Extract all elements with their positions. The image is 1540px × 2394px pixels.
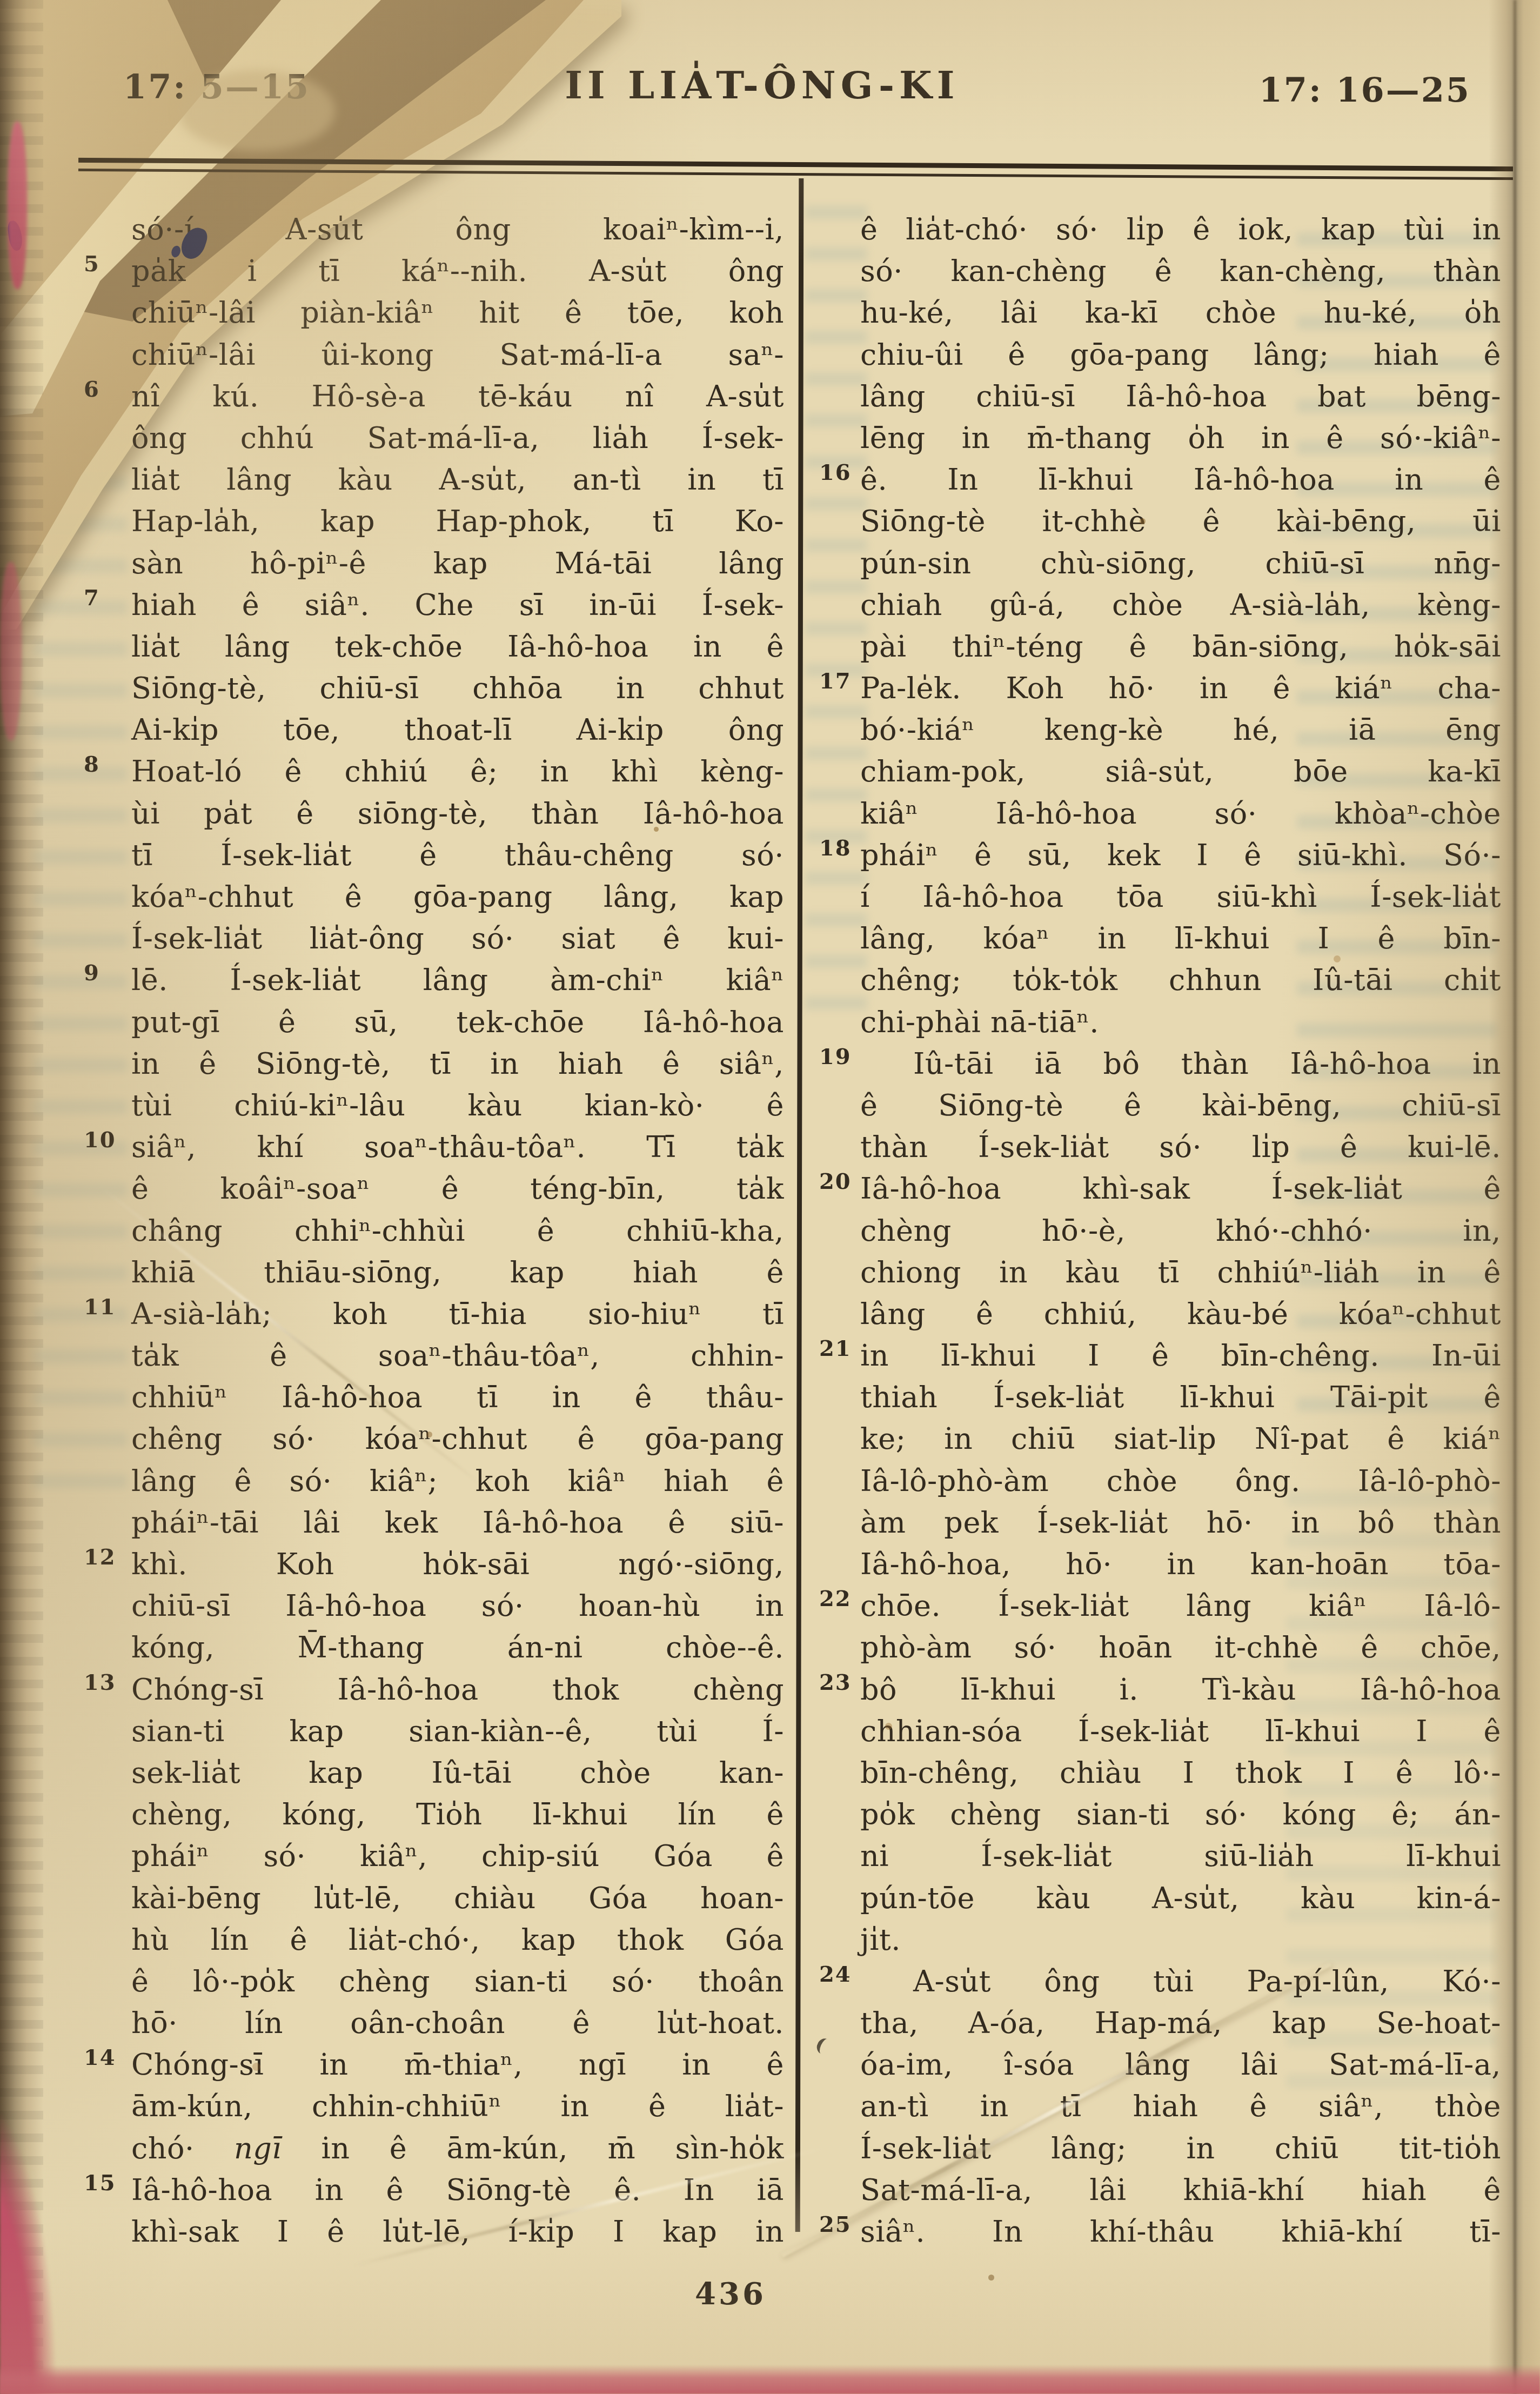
verse-line: phò-àm só· hoān it-chhè ê chōe, bbox=[860, 1627, 1501, 1668]
verse-text: siâⁿ. In khí-thâu khiā-khí tī- bbox=[860, 2215, 1501, 2249]
verse-text: put-gī ê sū, tek-chōe Iâ-hô-hoa bbox=[131, 1005, 784, 1039]
verse-line: tī Í-sek-lia̍t ê thâu-chêng só· bbox=[131, 834, 784, 876]
verse-text: A-su̍t ông tùi Pa-pí-lûn, Kó·- bbox=[913, 1964, 1501, 1998]
verse-text: chhian-sóa Í-sek-lia̍t lī-khui I ê bbox=[860, 1714, 1501, 1748]
verse-line: 21in lī-khui I ê bīn-chêng. In-ūi bbox=[860, 1335, 1501, 1376]
verse-number: 13 bbox=[84, 1672, 127, 1694]
verse-line: ê Siōng-tè ê kài-bēng, chiū-sī bbox=[860, 1085, 1501, 1126]
verse-line: 13Chóng-sī Iâ-hô-hoa thok chèng bbox=[131, 1669, 784, 1710]
verse-line: chhiūⁿ Iâ-hô-hoa tī in ê thâu- bbox=[131, 1376, 784, 1418]
stray-ink-mark bbox=[814, 2036, 834, 2057]
verse-text: Pa-le̍k. Koh hō· in ê kiáⁿ cha- bbox=[860, 671, 1501, 705]
verse-line: in ê Siōng-tè, tī in hiah ê siâⁿ, bbox=[131, 1043, 784, 1085]
verse-text: Iâ-hô-hoa in ê Siōng-tè ê. In iā bbox=[131, 2173, 784, 2207]
verse-text: Chóng-sī Iâ-hô-hoa thok chèng bbox=[131, 1673, 784, 1707]
verse-text: ùi pa̍t ê siōng-tè, thàn Iâ-hô-hoa bbox=[131, 797, 784, 831]
verse-line: Siōng-tè, chiū-sī chhōa in chhut bbox=[131, 667, 784, 709]
verse-number: 25 bbox=[819, 2214, 862, 2236]
verse-line: chiam-pok, siâ-su̍t, bōe ka-kī bbox=[860, 751, 1501, 792]
verse-line: lia̍t lâng kàu A-su̍t, an-tì in tī bbox=[131, 459, 784, 500]
verse-text: ngī bbox=[234, 2131, 282, 2165]
verse-text: kài-bēng lu̍t-lē, chiàu Góa hoan- bbox=[131, 1881, 784, 1915]
verse-text: chiūⁿ-lâi piàn-kiâⁿ hit ê tōe, koh bbox=[131, 296, 784, 330]
scanned-book-page: 17: 5—15 II LIA̍T-ÔNG-KI 17: 16—25 só·-í… bbox=[0, 0, 1540, 2394]
verse-text: kóaⁿ-chhut ê gōa-pang lâng, kap bbox=[131, 880, 784, 914]
verse-line: pún-sin chù-siōng, chiū-sī nn̄g- bbox=[860, 543, 1501, 584]
verse-text: Iâ-lô-phò-àm chòe ông. Iâ-lô-phò- bbox=[860, 1464, 1501, 1498]
verse-line: ê lô·-po̍k chèng sian-ti só· thoân bbox=[131, 1961, 784, 2002]
verse-line: khì-sak I ê lu̍t-lē, í-ki̍p I kap in bbox=[131, 2211, 784, 2252]
verse-line: ni Í-sek-lia̍t siū-lia̍h lī-khui bbox=[860, 1835, 1501, 1877]
verse-line: chiah gû-á, chòe A-sià-la̍h, kèng- bbox=[860, 584, 1501, 626]
verse-text: hu-ké, lâi ka-kī chòe hu-ké, o̍h bbox=[860, 296, 1501, 330]
verse-line: kóng, M̄-thang án-ni chòe--ê. bbox=[131, 1627, 784, 1668]
verse-text: nî kú. Hô-sè-a tē-káu nî A-su̍t bbox=[131, 379, 784, 413]
verse-text: óa-im, î-sóa lâng lâi Sat-má-lī-a, bbox=[860, 2048, 1501, 2082]
verse-text: chiong in kàu tī chhiúⁿ-lia̍h in ê bbox=[860, 1255, 1501, 1289]
verse-line: í Iâ-hô-hoa tōa siū-khì Í-sek-lia̍t bbox=[860, 876, 1501, 918]
verse-text: só· kan-chèng ê kan-chèng, thàn bbox=[860, 254, 1501, 288]
verse-text: khì-sak I ê lu̍t-lē, í-ki̍p I kap in bbox=[131, 2215, 784, 2249]
verse-line: chiong in kàu tī chhiúⁿ-lia̍h in ê bbox=[860, 1252, 1501, 1293]
verse-text: sian-ti kap sian-kiàn--ê, tùi Í- bbox=[131, 1714, 784, 1748]
verse-line: 15Iâ-hô-hoa in ê Siōng-tè ê. In iā bbox=[131, 2169, 784, 2211]
verse-line: só· kan-chèng ê kan-chèng, thàn bbox=[860, 250, 1501, 292]
verse-number: 11 bbox=[84, 1296, 127, 1318]
verse-text: ê lia̍t-chó· só· li̍p ê iok, kap tùi in bbox=[860, 212, 1501, 246]
verse-line: chiu-ûi ê gōa-pang lâng; hiah ê bbox=[860, 334, 1501, 376]
verse-line: po̍k chèng sian-ti só· kóng ê; án- bbox=[860, 1794, 1501, 1835]
verse-line: chó· ngī in ê ām-kún, m̄ sìn-ho̍k bbox=[131, 2128, 784, 2169]
verse-text: pháiⁿ só· kiâⁿ, chip-siú Góa ê bbox=[131, 1839, 784, 1873]
pink-page-edge bbox=[0, 2365, 1540, 2394]
page-number: 436 bbox=[695, 2276, 766, 2312]
verse-text: Hoat-ló ê chhiú ê; in khì kèng- bbox=[131, 754, 784, 788]
verse-line: ê lia̍t-chó· só· li̍p ê iok, kap tùi in bbox=[860, 209, 1501, 250]
verse-text: pháiⁿ ê sū, kek I ê siū-khì. Só·- bbox=[860, 838, 1501, 872]
verse-line: pháiⁿ só· kiâⁿ, chip-siú Góa ê bbox=[131, 1835, 784, 1877]
verse-text: châng chhiⁿ-chhùi ê chhiū-kha, bbox=[131, 1214, 784, 1248]
verse-text: chêng só· kóaⁿ-chhut ê gōa-pang bbox=[131, 1422, 784, 1456]
verse-line: chêng só· kóaⁿ-chhut ê gōa-pang bbox=[131, 1418, 784, 1460]
book-binding-edge bbox=[0, 0, 43, 2394]
verse-text: chhiūⁿ Iâ-hô-hoa tī in ê thâu- bbox=[131, 1380, 784, 1414]
verse-line: pháiⁿ-tāi lâi kek Iâ-hô-hoa ê siū- bbox=[131, 1502, 784, 1543]
verse-text: ke; in chiū siat-li̍p Nî-pat ê kiáⁿ bbox=[860, 1422, 1501, 1456]
verse-text: àm pek Í-sek-lia̍t hō· in bô thàn bbox=[860, 1506, 1501, 1540]
verse-text: khiā thiāu-siōng, kap hiah ê bbox=[131, 1255, 784, 1289]
verse-text: chi-phài nā-tiāⁿ. bbox=[860, 1005, 1099, 1039]
verse-line: 19Iû-tāi iā bô thàn Iâ-hô-hoa in bbox=[860, 1043, 1501, 1085]
ink-mark-left-edge bbox=[6, 220, 24, 252]
verse-line: chèng hō·-è, khó·-chhó· in, bbox=[860, 1210, 1501, 1252]
verse-text: chèng hō·-è, khó·-chhó· in, bbox=[860, 1214, 1501, 1248]
verse-text: bô lī-khui i. Tì-kàu Iâ-hô-hoa bbox=[860, 1673, 1501, 1707]
verse-text: tī Í-sek-lia̍t ê thâu-chêng só· bbox=[131, 838, 784, 872]
verse-text: kóng, M̄-thang án-ni chòe--ê. bbox=[131, 1630, 784, 1664]
verse-text: chèng, kóng, Tio̍h lī-khui lín ê bbox=[131, 1797, 784, 1831]
verse-line: Hap-la̍h, kap Hap-phok, tī Ko- bbox=[131, 500, 784, 542]
verse-line: sàn hô-piⁿ-ê kap Má-tāi lâng bbox=[131, 543, 784, 584]
header-verse-range-left: 17: 5—15 bbox=[123, 67, 310, 106]
verse-text: chiū-sī Iâ-hô-hoa só· hoan-hù in bbox=[131, 1589, 784, 1623]
header-verse-range-right: 17: 16—25 bbox=[1259, 70, 1471, 110]
verse-line: 22chōe. Í-sek-lia̍t lâng kiâⁿ Iâ-lô- bbox=[860, 1585, 1501, 1627]
verse-line: chi-phài nā-tiāⁿ. bbox=[860, 1001, 1501, 1043]
verse-text: thàn Í-sek-lia̍t só· li̍p ê kui-lē. bbox=[860, 1130, 1501, 1164]
verse-line: hu-ké, lâi ka-kī chòe hu-ké, o̍h bbox=[860, 292, 1501, 333]
verse-line: Siōng-tè it-chhè ê kài-bēng, ūi bbox=[860, 500, 1501, 542]
verse-line: tha, A-óa, Hap-má, kap Se-hoat- bbox=[860, 2002, 1501, 2044]
verse-line: Ai-ki̍p tōe, thoat-lī Ai-ki̍p ông bbox=[131, 709, 784, 751]
verse-number: 12 bbox=[84, 1547, 127, 1568]
verse-text: pún-sin chù-siōng, chiū-sī nn̄g- bbox=[860, 546, 1501, 580]
verse-text: hù lín ê lia̍t-chó·, kap thok Góa bbox=[131, 1923, 784, 1957]
verse-line: chêng; to̍k-to̍k chhun Iû-tāi chi̍t bbox=[860, 959, 1501, 1001]
verse-text: lia̍t lâng tek-chōe Iâ-hô-hoa in ê bbox=[131, 630, 784, 664]
verse-line: chiūⁿ-lâi ûi-kong Sat-má-lī-a saⁿ- bbox=[131, 334, 784, 376]
verse-line: ji̍t. bbox=[860, 1919, 1501, 1961]
verse-line: chiūⁿ-lâi piàn-kiâⁿ hit ê tōe, koh bbox=[131, 292, 784, 333]
verse-line: lēng in m̄-thang o̍h in ê só·-kiâⁿ- bbox=[860, 417, 1501, 459]
verse-text: Sat-má-lī-a, lâi khiā-khí hiah ê bbox=[860, 2173, 1501, 2207]
verse-line: an-tì in tī hiah ê siâⁿ, thòe bbox=[860, 2085, 1501, 2127]
verse-text: lâng, kóaⁿ in lī-khui I ê bīn- bbox=[860, 921, 1501, 955]
verse-line: lâng, kóaⁿ in lī-khui I ê bīn- bbox=[860, 918, 1501, 959]
verse-text: Siōng-tè it-chhè ê kài-bēng, ūi bbox=[860, 504, 1501, 538]
page-title: II LIA̍T-ÔNG-KI bbox=[565, 63, 959, 108]
verse-text: í Iâ-hô-hoa tōa siū-khì Í-sek-lia̍t bbox=[860, 880, 1501, 914]
verse-line: ê koâiⁿ-soaⁿ ê téng-bīn, ta̍k bbox=[131, 1168, 784, 1209]
verse-line: 16ê. In lī-khui Iâ-hô-hoa in ê bbox=[860, 459, 1501, 500]
verse-line: 5pa̍k i tī káⁿ--nih. A-su̍t ông bbox=[131, 250, 784, 292]
verse-text: ni Í-sek-lia̍t siū-lia̍h lī-khui bbox=[860, 1839, 1501, 1873]
verse-line: 7hiah ê siâⁿ. Che sī in-ūi Í-sek- bbox=[131, 584, 784, 626]
verse-line: lâng ê só· kiâⁿ; koh kiâⁿ hiah ê bbox=[131, 1460, 784, 1502]
verse-text: ta̍k ê soaⁿ-thâu-tôaⁿ, chhin- bbox=[131, 1339, 784, 1373]
verse-line: chiū-sī Iâ-hô-hoa só· hoan-hù in bbox=[131, 1585, 784, 1627]
bleedthrough-text-ghost bbox=[32, 476, 127, 1502]
verse-text: ê. In lī-khui Iâ-hô-hoa in ê bbox=[860, 463, 1501, 497]
verse-number: 15 bbox=[84, 2172, 127, 2194]
verse-text: pa̍k i tī káⁿ--nih. A-su̍t ông bbox=[131, 254, 784, 288]
verse-text: sàn hô-piⁿ-ê kap Má-tāi lâng bbox=[131, 546, 784, 580]
verse-line: 24A-su̍t ông tùi Pa-pí-lûn, Kó·- bbox=[860, 1961, 1501, 2002]
verse-line: lâng chiū-sī Iâ-hô-hoa bat bēng- bbox=[860, 376, 1501, 417]
verse-text: ām-kún, chhin-chhiūⁿ in ê lia̍t- bbox=[131, 2089, 784, 2123]
verse-text: chiah gû-á, chòe A-sià-la̍h, kèng- bbox=[860, 588, 1501, 622]
verse-text: lâng chiū-sī Iâ-hô-hoa bat bēng- bbox=[860, 379, 1501, 413]
pink-edge-stain-corner bbox=[0, 1972, 86, 2394]
verse-line: châng chhiⁿ-chhùi ê chhiū-kha, bbox=[131, 1210, 784, 1252]
verse-text: lē. Í-sek-lia̍t lâng àm-chiⁿ kiâⁿ bbox=[131, 963, 784, 997]
bleedthrough-text-ghost bbox=[805, 205, 867, 1016]
verse-line: 23bô lī-khui i. Tì-kàu Iâ-hô-hoa bbox=[860, 1669, 1501, 1710]
verse-text: thiah Í-sek-lia̍t lī-khui Tāi-pi̍t ê bbox=[860, 1380, 1501, 1414]
verse-line: ùi pa̍t ê siōng-tè, thàn Iâ-hô-hoa bbox=[131, 793, 784, 834]
verse-line: 25siâⁿ. In khí-thâu khiā-khí tī- bbox=[860, 2211, 1501, 2252]
verse-text: in lī-khui I ê bīn-chêng. In-ūi bbox=[860, 1339, 1501, 1373]
verse-number: 10 bbox=[84, 1129, 127, 1151]
verse-line: bó·-kiáⁿ keng-kè hé, iā ēng bbox=[860, 709, 1501, 751]
verse-text: tha, A-óa, Hap-má, kap Se-hoat- bbox=[860, 2006, 1501, 2040]
verse-line: sian-ti kap sian-kiàn--ê, tùi Í- bbox=[131, 1710, 784, 1752]
verse-line: 11A-sià-la̍h; koh tī-hia sio-hiuⁿ tī bbox=[131, 1293, 784, 1335]
verse-number: 16 bbox=[819, 462, 862, 484]
red-edge-smudge bbox=[0, 562, 22, 740]
verse-number: 19 bbox=[819, 1046, 862, 1068]
verse-text: Chóng-sī in m̄-thiaⁿ, ngī in ê bbox=[131, 2048, 784, 2082]
verse-line: lia̍t lâng tek-chōe Iâ-hô-hoa in ê bbox=[131, 626, 784, 667]
verse-line: Sat-má-lī-a, lâi khiā-khí hiah ê bbox=[860, 2169, 1501, 2211]
verse-text: pún-tōe kàu A-su̍t, kàu kin-á- bbox=[860, 1881, 1501, 1915]
verse-number: 18 bbox=[819, 838, 862, 859]
verse-text: chó· bbox=[131, 2131, 234, 2165]
verse-line: khiā thiāu-siōng, kap hiah ê bbox=[131, 1252, 784, 1293]
verse-text: pháiⁿ-tāi lâi kek Iâ-hô-hoa ê siū- bbox=[131, 1506, 784, 1540]
verse-number: 8 bbox=[84, 754, 127, 775]
verse-line: tùi chiú-kiⁿ-lâu kàu kian-kò· ê bbox=[131, 1085, 784, 1126]
verse-line: 17Pa-le̍k. Koh hō· in ê kiáⁿ cha- bbox=[860, 667, 1501, 709]
verse-number: 6 bbox=[84, 379, 127, 400]
verse-number: 21 bbox=[819, 1338, 862, 1360]
verse-text: Siōng-tè, chiū-sī chhōa in chhut bbox=[131, 671, 784, 705]
column-divider-rule bbox=[795, 178, 804, 2232]
verse-text: chiūⁿ-lâi ûi-kong Sat-má-lī-a saⁿ- bbox=[131, 338, 784, 372]
verse-line: Iâ-hô-hoa, hō· in kan-hoān tōa- bbox=[860, 1543, 1501, 1585]
verse-line: 9lē. Í-sek-lia̍t lâng àm-chiⁿ kiâⁿ bbox=[131, 959, 784, 1001]
verse-text: chiam-pok, siâ-su̍t, bōe ka-kī bbox=[860, 754, 1501, 788]
verse-line: 12khì. Koh ho̍k-sāi ngó·-siōng, bbox=[131, 1543, 784, 1585]
verse-line: kóaⁿ-chhut ê gōa-pang lâng, kap bbox=[131, 876, 784, 918]
verse-line: 6nî kú. Hô-sè-a tē-káu nî A-su̍t bbox=[131, 376, 784, 417]
verse-text: in ê Siōng-tè, tī in hiah ê siâⁿ, bbox=[131, 1047, 784, 1081]
verse-line: sek-lia̍t kap Iû-tāi chòe kan- bbox=[131, 1752, 784, 1794]
verse-text: Iû-tāi iā bô thàn Iâ-hô-hoa in bbox=[913, 1047, 1501, 1081]
verse-text: lâng ê chhiú, kàu-bé kóaⁿ-chhut bbox=[860, 1297, 1501, 1331]
verse-text: siâⁿ, khí soaⁿ-thâu-tôaⁿ. Tī ta̍k bbox=[131, 1130, 784, 1164]
verse-line: ke; in chiū siat-li̍p Nî-pat ê kiáⁿ bbox=[860, 1418, 1501, 1460]
verse-text: chêng; to̍k-to̍k chhun Iû-tāi chi̍t bbox=[860, 963, 1501, 997]
verse-number: 17 bbox=[819, 671, 862, 692]
verse-line: Í-sek-lia̍t lia̍t-ông só· siat ê kui- bbox=[131, 918, 784, 959]
verse-text: po̍k chèng sian-ti só· kóng ê; án- bbox=[860, 1797, 1501, 1831]
red-edge-streak bbox=[8, 122, 27, 289]
verse-text: chiu-ûi ê gōa-pang lâng; hiah ê bbox=[860, 338, 1501, 372]
verse-text: ji̍t. bbox=[860, 1923, 901, 1957]
verse-text: ê lô·-po̍k chèng sian-ti só· thoân bbox=[131, 1964, 784, 1998]
verse-line: 20Iâ-hô-hoa khì-sak Í-sek-lia̍t ê bbox=[860, 1168, 1501, 1209]
verse-number: 14 bbox=[84, 2047, 127, 2069]
verse-line: chèng, kóng, Tio̍h lī-khui lín ê bbox=[131, 1794, 784, 1835]
verse-text: Í-sek-lia̍t lia̍t-ông só· siat ê kui- bbox=[131, 921, 784, 955]
verse-text: Í-sek-lia̍t lâng; in chiū tit-tio̍h bbox=[860, 2131, 1501, 2165]
verse-text: lia̍t lâng kàu A-su̍t, an-tì in tī bbox=[131, 463, 784, 497]
verse-text: Iâ-hô-hoa khì-sak Í-sek-lia̍t ê bbox=[860, 1172, 1501, 1206]
verse-text: in ê ām-kún, m̄ sìn-ho̍k bbox=[282, 2131, 784, 2165]
verse-line: lâng ê chhiú, kàu-bé kóaⁿ-chhut bbox=[860, 1293, 1501, 1335]
verse-line: ām-kún, chhin-chhiūⁿ in ê lia̍t- bbox=[131, 2085, 784, 2127]
verse-text: chōe. Í-sek-lia̍t lâng kiâⁿ Iâ-lô- bbox=[860, 1589, 1501, 1623]
verse-text: Iâ-hô-hoa, hō· in kan-hoān tōa- bbox=[860, 1547, 1501, 1581]
verse-text: só·-í A-su̍t ông koaiⁿ-kìm--i, bbox=[131, 212, 784, 246]
verse-number: 24 bbox=[819, 1964, 862, 1985]
verse-text: tùi chiú-kiⁿ-lâu kàu kian-kò· ê bbox=[131, 1088, 784, 1122]
verse-line: Iâ-lô-phò-àm chòe ông. Iâ-lô-phò- bbox=[860, 1460, 1501, 1502]
verse-text: lēng in m̄-thang o̍h in ê só·-kiâⁿ- bbox=[860, 421, 1501, 455]
verse-number: 7 bbox=[84, 587, 127, 609]
verse-line: put-gī ê sū, tek-chōe Iâ-hô-hoa bbox=[131, 1001, 784, 1043]
verse-line: pài thiⁿ-téng ê bān-siōng, ho̍k-sāi bbox=[860, 626, 1501, 667]
verse-text: ê Siōng-tè ê kài-bēng, chiū-sī bbox=[860, 1088, 1501, 1122]
verse-text: phò-àm só· hoān it-chhè ê chōe, bbox=[860, 1630, 1501, 1664]
text-column-left: só·-í A-su̍t ông koaiⁿ-kìm--i,5pa̍k i tī… bbox=[131, 209, 784, 2252]
verse-text: hō· lín oân-choân ê lu̍t-hoat. bbox=[131, 2006, 784, 2040]
running-head: 17: 5—15 II LIA̍T-ÔNG-KI 17: 16—25 bbox=[0, 63, 1540, 133]
verse-line: óa-im, î-sóa lâng lâi Sat-má-lī-a, bbox=[860, 2044, 1501, 2085]
verse-line: 14Chóng-sī in m̄-thiaⁿ, ngī in ê bbox=[131, 2044, 784, 2085]
verse-text: Ai-ki̍p tōe, thoat-lī Ai-ki̍p ông bbox=[131, 713, 784, 747]
verse-line: só·-í A-su̍t ông koaiⁿ-kìm--i, bbox=[131, 209, 784, 250]
verse-number: 22 bbox=[819, 1588, 862, 1610]
verse-text: pài thiⁿ-téng ê bān-siōng, ho̍k-sāi bbox=[860, 630, 1501, 664]
verse-text: sek-lia̍t kap Iû-tāi chòe kan- bbox=[131, 1756, 784, 1790]
verse-number: 9 bbox=[84, 962, 127, 984]
verse-text: Hap-la̍h, kap Hap-phok, tī Ko- bbox=[131, 504, 784, 538]
text-column-right: ê lia̍t-chó· só· li̍p ê iok, kap tùi ins… bbox=[860, 209, 1501, 2252]
verse-number: 23 bbox=[819, 1672, 862, 1694]
verse-text: bīn-chêng, chiàu I thok I ê lô·- bbox=[860, 1756, 1501, 1790]
verse-line: hō· lín oân-choân ê lu̍t-hoat. bbox=[131, 2002, 784, 2044]
header-double-rule bbox=[78, 158, 1513, 180]
verse-text: kiâⁿ Iâ-hô-hoa só· khòaⁿ-chòe bbox=[860, 797, 1501, 831]
verse-text: khì. Koh ho̍k-sāi ngó·-siōng, bbox=[131, 1547, 784, 1581]
verse-line: kiâⁿ Iâ-hô-hoa só· khòaⁿ-chòe bbox=[860, 793, 1501, 834]
verse-number: 20 bbox=[819, 1171, 862, 1193]
verse-line: 8Hoat-ló ê chhiú ê; in khì kèng- bbox=[131, 751, 784, 792]
verse-line: hù lín ê lia̍t-chó·, kap thok Góa bbox=[131, 1919, 784, 1961]
verse-line: thiah Í-sek-lia̍t lī-khui Tāi-pi̍t ê bbox=[860, 1376, 1501, 1418]
verse-text: A-sià-la̍h; koh tī-hia sio-hiuⁿ tī bbox=[131, 1297, 784, 1331]
verse-line: pún-tōe kàu A-su̍t, kàu kin-á- bbox=[860, 1877, 1501, 1919]
verse-line: kài-bēng lu̍t-lē, chiàu Góa hoan- bbox=[131, 1877, 784, 1919]
verse-text: bó·-kiáⁿ keng-kè hé, iā ēng bbox=[860, 713, 1501, 747]
verse-text: an-tì in tī hiah ê siâⁿ, thòe bbox=[860, 2089, 1501, 2123]
verse-text: ông chhú Sat-má-lī-a, lia̍h Í-sek- bbox=[131, 421, 784, 455]
verse-text: hiah ê siâⁿ. Che sī in-ūi Í-sek- bbox=[131, 588, 784, 622]
verse-line: 18pháiⁿ ê sū, kek I ê siū-khì. Só·- bbox=[860, 834, 1501, 876]
verse-line: 10siâⁿ, khí soaⁿ-thâu-tôaⁿ. Tī ta̍k bbox=[131, 1126, 784, 1168]
verse-line: ta̍k ê soaⁿ-thâu-tôaⁿ, chhin- bbox=[131, 1335, 784, 1376]
verse-line: bīn-chêng, chiàu I thok I ê lô·- bbox=[860, 1752, 1501, 1794]
verse-number: 5 bbox=[84, 253, 127, 275]
verse-line: Í-sek-lia̍t lâng; in chiū tit-tio̍h bbox=[860, 2128, 1501, 2169]
verse-text: lâng ê só· kiâⁿ; koh kiâⁿ hiah ê bbox=[131, 1464, 784, 1498]
verse-line: thàn Í-sek-lia̍t só· li̍p ê kui-lē. bbox=[860, 1126, 1501, 1168]
verse-line: àm pek Í-sek-lia̍t hō· in bô thàn bbox=[860, 1502, 1501, 1543]
verse-line: ông chhú Sat-má-lī-a, lia̍h Í-sek- bbox=[131, 417, 784, 459]
verse-line: chhian-sóa Í-sek-lia̍t lī-khui I ê bbox=[860, 1710, 1501, 1752]
verse-text: ê koâiⁿ-soaⁿ ê téng-bīn, ta̍k bbox=[131, 1172, 784, 1206]
